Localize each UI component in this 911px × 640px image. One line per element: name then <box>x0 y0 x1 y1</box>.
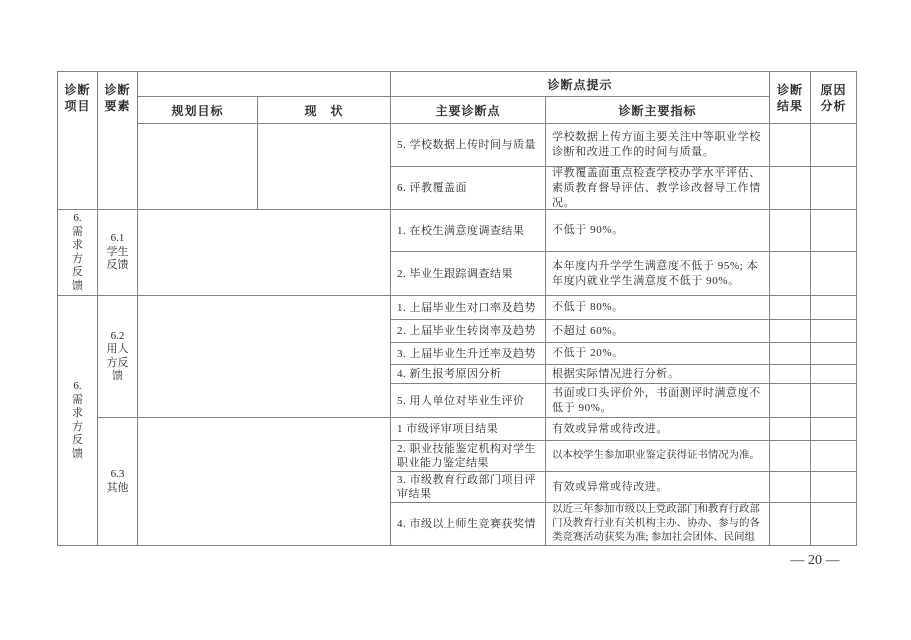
section-element-cell: 6.3 其他 <box>97 417 138 546</box>
result-cell <box>769 342 811 365</box>
header-indicator-cell: 诊断主要指标 <box>545 96 770 124</box>
indicator-cell: 评教覆盖面重点检查学校办学水平评估、素质教育督导评估、教学诊改督导工作情况。 <box>545 166 770 210</box>
result-cell <box>769 251 811 296</box>
indicator-cell: 以本校学生参加职业鉴定获得证书情况为准。 <box>545 440 770 472</box>
cause-cell <box>810 209 857 252</box>
header-item-label: 诊断项目 <box>63 82 93 114</box>
section-item-label: 6. 需求方反馈 <box>71 380 84 461</box>
section-element-label: 6.1 学生反馈 <box>106 232 130 273</box>
result-cell <box>769 123 811 167</box>
cause-cell <box>810 123 857 167</box>
header-point-cell: 主要诊断点 <box>390 96 546 124</box>
cause-cell <box>810 251 857 296</box>
point-cell: 1. 上届毕业生对口率及趋势 <box>390 295 546 320</box>
result-cell <box>769 295 811 320</box>
result-cell <box>769 417 811 441</box>
indicator-cell: 有效或异常或待改进。 <box>545 471 770 503</box>
indicator-cell: 书面或口头评价外，书面测评时满意度不低于 90%。 <box>545 383 770 418</box>
goal-status-cell-empty <box>137 417 391 546</box>
header-cause-label: 原因分析 <box>819 82 849 114</box>
header-hint-cell: 诊断点提示 <box>390 71 770 97</box>
result-cell <box>769 166 811 210</box>
cause-cell <box>810 440 857 472</box>
cause-cell <box>810 383 857 418</box>
point-cell: 5. 用人单位对毕业生评价 <box>390 383 546 418</box>
point-cell: 3. 市级教育行政部门项目评审结果 <box>390 471 546 503</box>
cause-cell <box>810 342 857 365</box>
result-cell <box>769 209 811 252</box>
indicator-cell: 不低于 80%。 <box>545 295 770 320</box>
section-element-label: 6.2 用人方反馈 <box>106 330 130 384</box>
section-element-label: 6.3 其他 <box>106 468 130 495</box>
result-cell <box>769 319 811 343</box>
point-cell: 6. 评教覆盖面 <box>390 166 546 210</box>
point-cell: 5. 学校数据上传时间与质量 <box>390 123 546 167</box>
cause-cell <box>810 502 857 546</box>
section-item-cell: 6. 需求方反馈 <box>57 209 98 296</box>
header-blank-cell <box>137 71 391 97</box>
header-element-label: 诊断要素 <box>103 82 133 114</box>
goal-status-cell-empty <box>137 209 391 296</box>
cause-cell <box>810 319 857 343</box>
section-item-cell: 6. 需求方反馈 <box>57 295 98 546</box>
cause-cell <box>810 364 857 384</box>
indicator-cell: 根据实际情况进行分析。 <box>545 364 770 384</box>
result-cell <box>769 440 811 472</box>
header-result-cell: 诊断结果 <box>769 71 811 124</box>
indicator-cell: 不超过 60%。 <box>545 319 770 343</box>
header-cause-cell: 原因分析 <box>810 71 857 124</box>
header-item-cell: 诊断项目 <box>57 71 98 210</box>
status-cell-empty <box>257 123 391 210</box>
header-element-cell: 诊断要素 <box>97 71 138 210</box>
header-status-cell: 现 状 <box>257 96 391 124</box>
point-cell: 1. 在校生满意度调查结果 <box>390 209 546 252</box>
point-cell: 4. 市级以上师生竞赛获奖情 <box>390 502 546 546</box>
result-cell <box>769 502 811 546</box>
point-cell: 3. 上届毕业生升迁率及趋势 <box>390 342 546 365</box>
section-element-cell: 6.2 用人方反馈 <box>97 295 138 418</box>
section-item-label: 6. 需求方反馈 <box>71 212 84 293</box>
indicator-cell: 不低于 20%。 <box>545 342 770 365</box>
goal-cell-empty <box>137 123 258 210</box>
goal-status-cell-empty <box>137 295 391 418</box>
point-cell: 2. 职业技能鉴定机构对学生职业能力鉴定结果 <box>390 440 546 472</box>
point-cell: 4. 新生报考原因分析 <box>390 364 546 384</box>
document-page: 诊断项目 诊断要素 诊断点提示 诊断结果 原因分析 规划目标 现 状 主要诊断点… <box>0 0 911 640</box>
indicator-cell: 有效或异常或待改进。 <box>545 417 770 441</box>
result-cell <box>769 364 811 384</box>
cause-cell <box>810 166 857 210</box>
page-number: — 20 — <box>770 553 860 569</box>
indicator-cell: 学校数据上传方面主要关注中等职业学校诊断和改进工作的时间与质量。 <box>545 123 770 167</box>
header-result-label: 诊断结果 <box>775 82 805 114</box>
point-cell: 2. 毕业生跟踪调查结果 <box>390 251 546 296</box>
indicator-cell: 以近三年参加市级以上党政部门和教育行政部门及教育行业有关机构主办、协办、参与的各… <box>545 502 770 546</box>
point-cell: 2. 上届毕业生转岗率及趋势 <box>390 319 546 343</box>
result-cell <box>769 471 811 503</box>
cause-cell <box>810 471 857 503</box>
cause-cell <box>810 417 857 441</box>
header-goal-cell: 规划目标 <box>137 96 258 124</box>
section-element-cell: 6.1 学生反馈 <box>97 209 138 296</box>
point-cell: 1 市级评审项目结果 <box>390 417 546 441</box>
result-cell <box>769 383 811 418</box>
indicator-cell: 不低于 90%。 <box>545 209 770 252</box>
indicator-cell: 本年度内升学学生满意度不低于 95%; 本年度内就业学生满意度不低于 90%。 <box>545 251 770 296</box>
cause-cell <box>810 295 857 320</box>
